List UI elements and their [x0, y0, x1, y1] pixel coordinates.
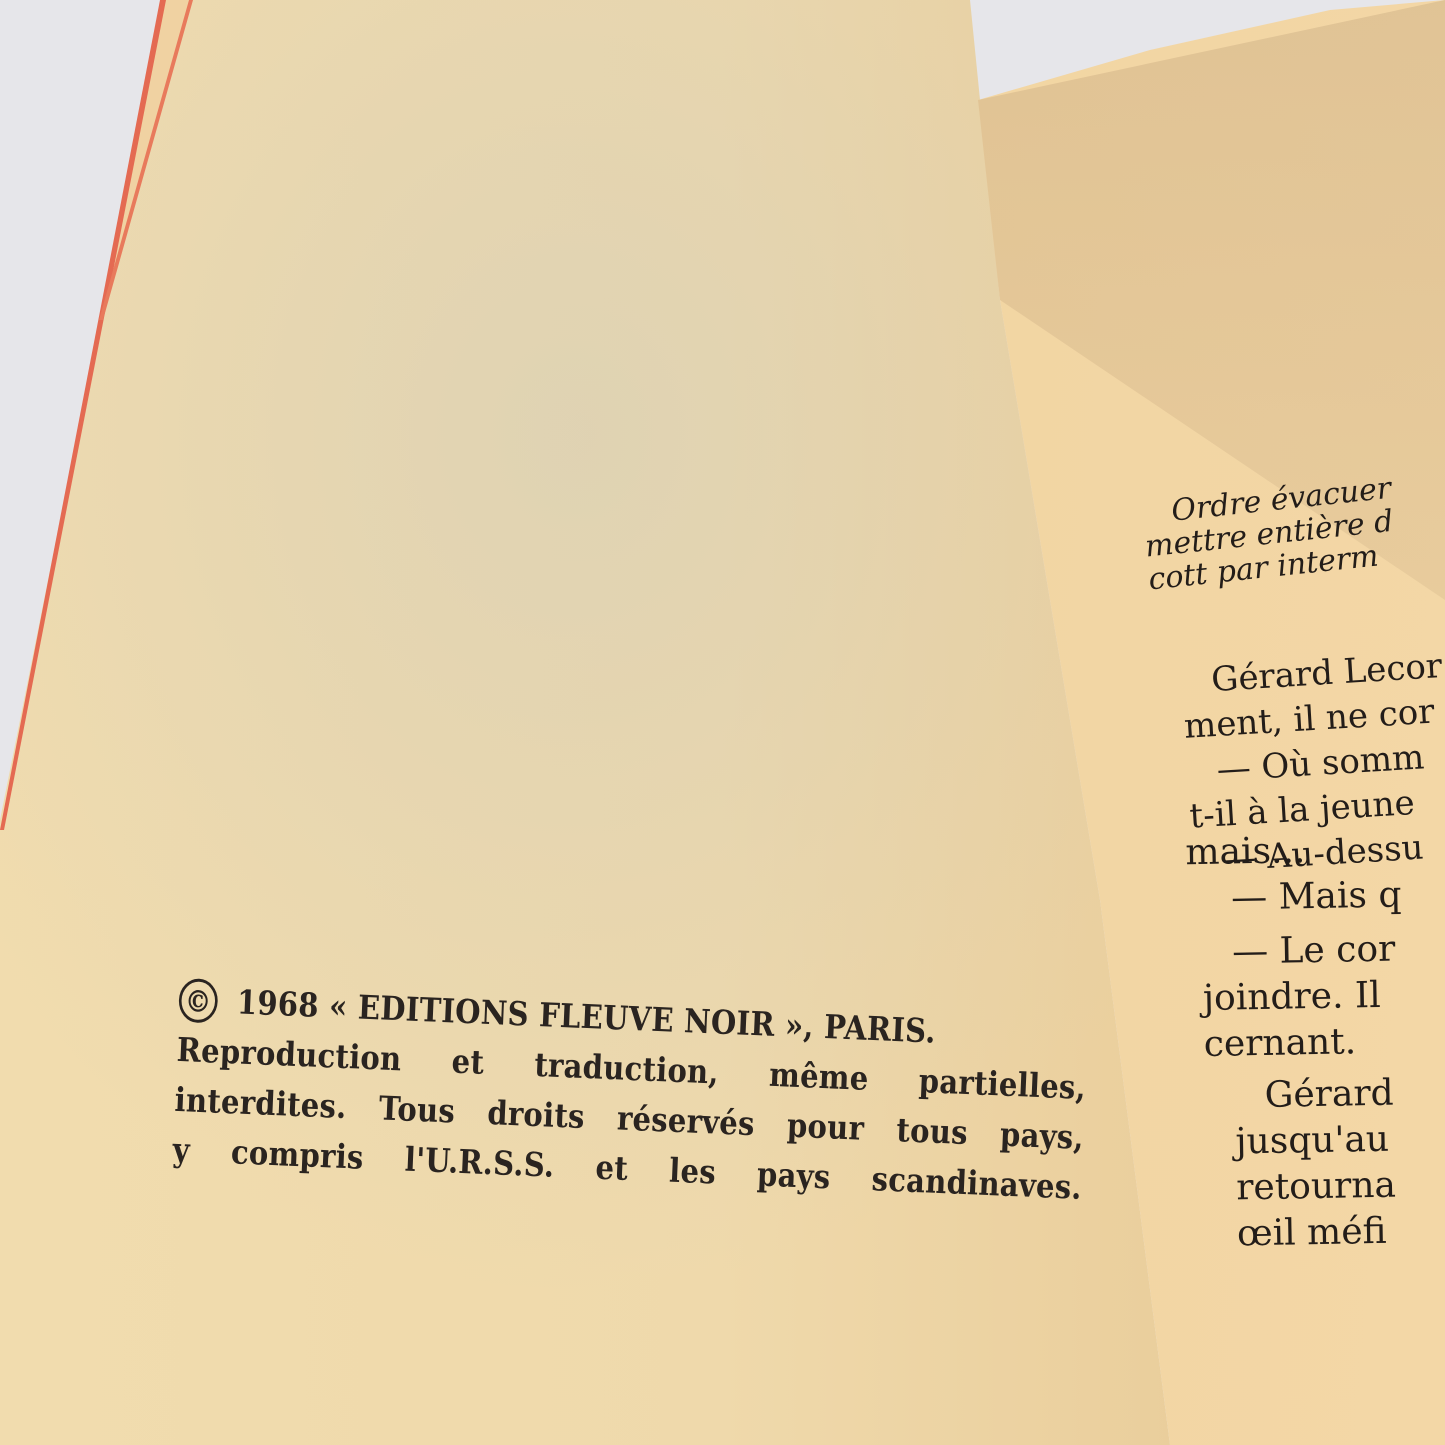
copyright-icon: © [178, 978, 219, 1024]
right-page-paragraph-b: mais... — Mais q — Le cor joindre. Il ce… [1200, 827, 1408, 1258]
text-line: joindre. Il [1203, 972, 1404, 1021]
word: les [668, 1146, 717, 1198]
word: et [451, 1036, 485, 1087]
word: y [172, 1125, 191, 1176]
text-line: Gérard [1204, 1070, 1405, 1119]
word: scandinaves. [871, 1154, 1083, 1213]
text-line: retourna [1206, 1162, 1407, 1211]
word: même [768, 1050, 869, 1104]
word: tous [895, 1105, 968, 1158]
word: pays, [999, 1110, 1085, 1163]
word: Tous [378, 1083, 456, 1136]
word: droits [486, 1088, 585, 1142]
text-line: cernant. [1203, 1018, 1404, 1067]
text-line: œil méfi [1207, 1208, 1408, 1257]
text-line: jusqu'au [1205, 1116, 1406, 1165]
word: l'U.R.S.S. [404, 1135, 556, 1191]
text-line: — Le cor [1202, 926, 1403, 975]
word: interdites. [174, 1075, 348, 1132]
copyright-notice: © 1968 « EDITIONS FLEUVE NOIR », PARIS. … [172, 975, 1090, 1213]
word: réservés [616, 1093, 756, 1149]
word: traduction, [533, 1040, 720, 1098]
word: et [595, 1143, 629, 1194]
word: partielles, [918, 1056, 1087, 1113]
text-line: mais... [1185, 827, 1401, 877]
word: pays [756, 1149, 831, 1202]
text-line: — Mais q [1201, 872, 1402, 921]
word: pour [786, 1101, 865, 1154]
word: compris [230, 1127, 365, 1183]
open-book-photo: © 1968 « EDITIONS FLEUVE NOIR », PARIS. … [0, 0, 1445, 1445]
